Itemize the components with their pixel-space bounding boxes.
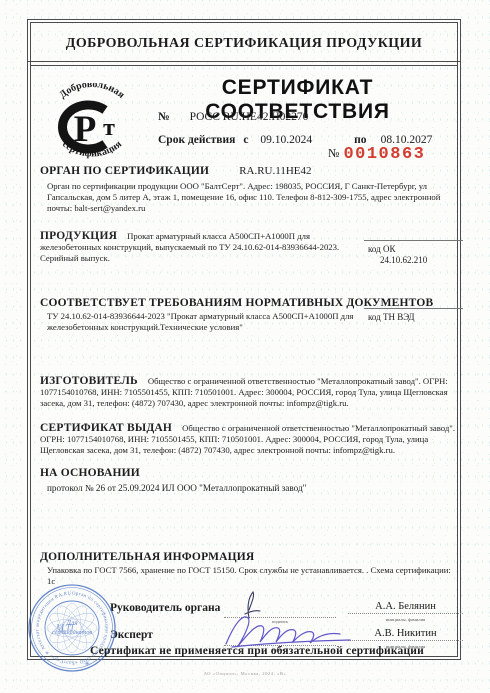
certification-body-details: Орган по сертификации продукции ООО "Бал… (47, 181, 457, 213)
top-banner-text: ДОБРОВОЛЬНАЯ СЕРТИФИКАЦИЯ ПРОДУКЦИИ (66, 36, 422, 52)
validity-label: Срок действия (158, 134, 235, 146)
certificate-page: ДОБРОВОЛЬНАЯ СЕРТИФИКАЦИЯ ПРОДУКЦИИ Добр… (0, 0, 490, 693)
validity-from-date: 09.10.2024 (260, 134, 312, 146)
manufacturer-paragraph: ИЗГОТОВИТЕЛЬОбщество с ограниченной отве… (40, 376, 460, 408)
stamp-star-icon: ✳ (84, 660, 90, 668)
logo-letter-t: т (103, 115, 115, 141)
number-sign: № (158, 111, 170, 123)
compliance-details: ТУ 24.10.62-014-83936644-2023 "Прокат ар… (47, 311, 355, 333)
certificate-number: РОСС RU.НЕ42.Н02270 (190, 111, 309, 123)
additional-info-label: ДОПОЛНИТЕЛЬНАЯ ИНФОРМАЦИЯ (40, 551, 254, 563)
ok-code-value: 24.10.62.210 (380, 255, 463, 265)
logo-letter-r: Р (74, 109, 97, 150)
top-banner: ДОБРОВОЛЬНАЯ СЕРТИФИКАЦИЯ ПРОДУКЦИИ (31, 23, 457, 66)
blank-number-line: №0010863 (328, 145, 425, 164)
stamp-center-line1: Для (65, 618, 78, 627)
logo-top-text: Добровольная (58, 83, 127, 101)
svg-text:Добровольная: Добровольная (58, 83, 127, 101)
certification-body-code: RA.RU.11НЕ42 (239, 165, 311, 177)
certification-body-row: ОРГАН ПО СЕРТИФИКАЦИИ RA.RU.11НЕ42 (40, 165, 312, 177)
rst-logo-icon: Добровольная сертификация Р т (40, 83, 144, 175)
head-role: Руководитель органа (110, 602, 220, 614)
stamp-center-line2: сертификатов (52, 629, 93, 636)
certificate-number-line: №РОСС RU.НЕ42.Н02270 (158, 111, 308, 123)
issued-to-paragraph: СЕРТИФИКАТ ВЫДАНОбщество с ограниченной … (40, 423, 460, 455)
blank-number-value: 0010863 (343, 145, 425, 164)
tnved-code-box: код ТН ВЭД (364, 308, 463, 322)
blank-number-sign: № (328, 146, 339, 160)
print-info-text: АО «Опцион», Москва, 2024, «В» (0, 671, 490, 676)
tnved-code-label: код ТН ВЭД (368, 312, 415, 322)
ok-code-label: код ОК (368, 244, 396, 254)
certification-body-label: ОРГАН ПО СЕРТИФИКАЦИИ (40, 165, 209, 177)
basis-details: протокол № 26 от 25.09.2024 ИЛ ООО "Мета… (47, 483, 457, 493)
basis-label: НА ОСНОВАНИИ (40, 467, 140, 479)
disclaimer-text: Сертификат не применяется при обязательн… (90, 645, 424, 657)
issued-to-label: СЕРТИФИКАТ ВЫДАН (40, 422, 172, 434)
manufacturer-label: ИЗГОТОВИТЕЛЬ (40, 375, 138, 387)
validity-from-label: с (243, 134, 248, 146)
ok-code-box: код ОК 24.10.62.210 (364, 240, 463, 265)
product-paragraph: ПРОДУКЦИЯПрокат арматурный класса А500СП… (40, 231, 362, 263)
product-label: ПРОДУКЦИЯ (40, 230, 117, 242)
certification-body-stamp: Орган по сертификации продукции ООО «Бал… (24, 580, 120, 676)
